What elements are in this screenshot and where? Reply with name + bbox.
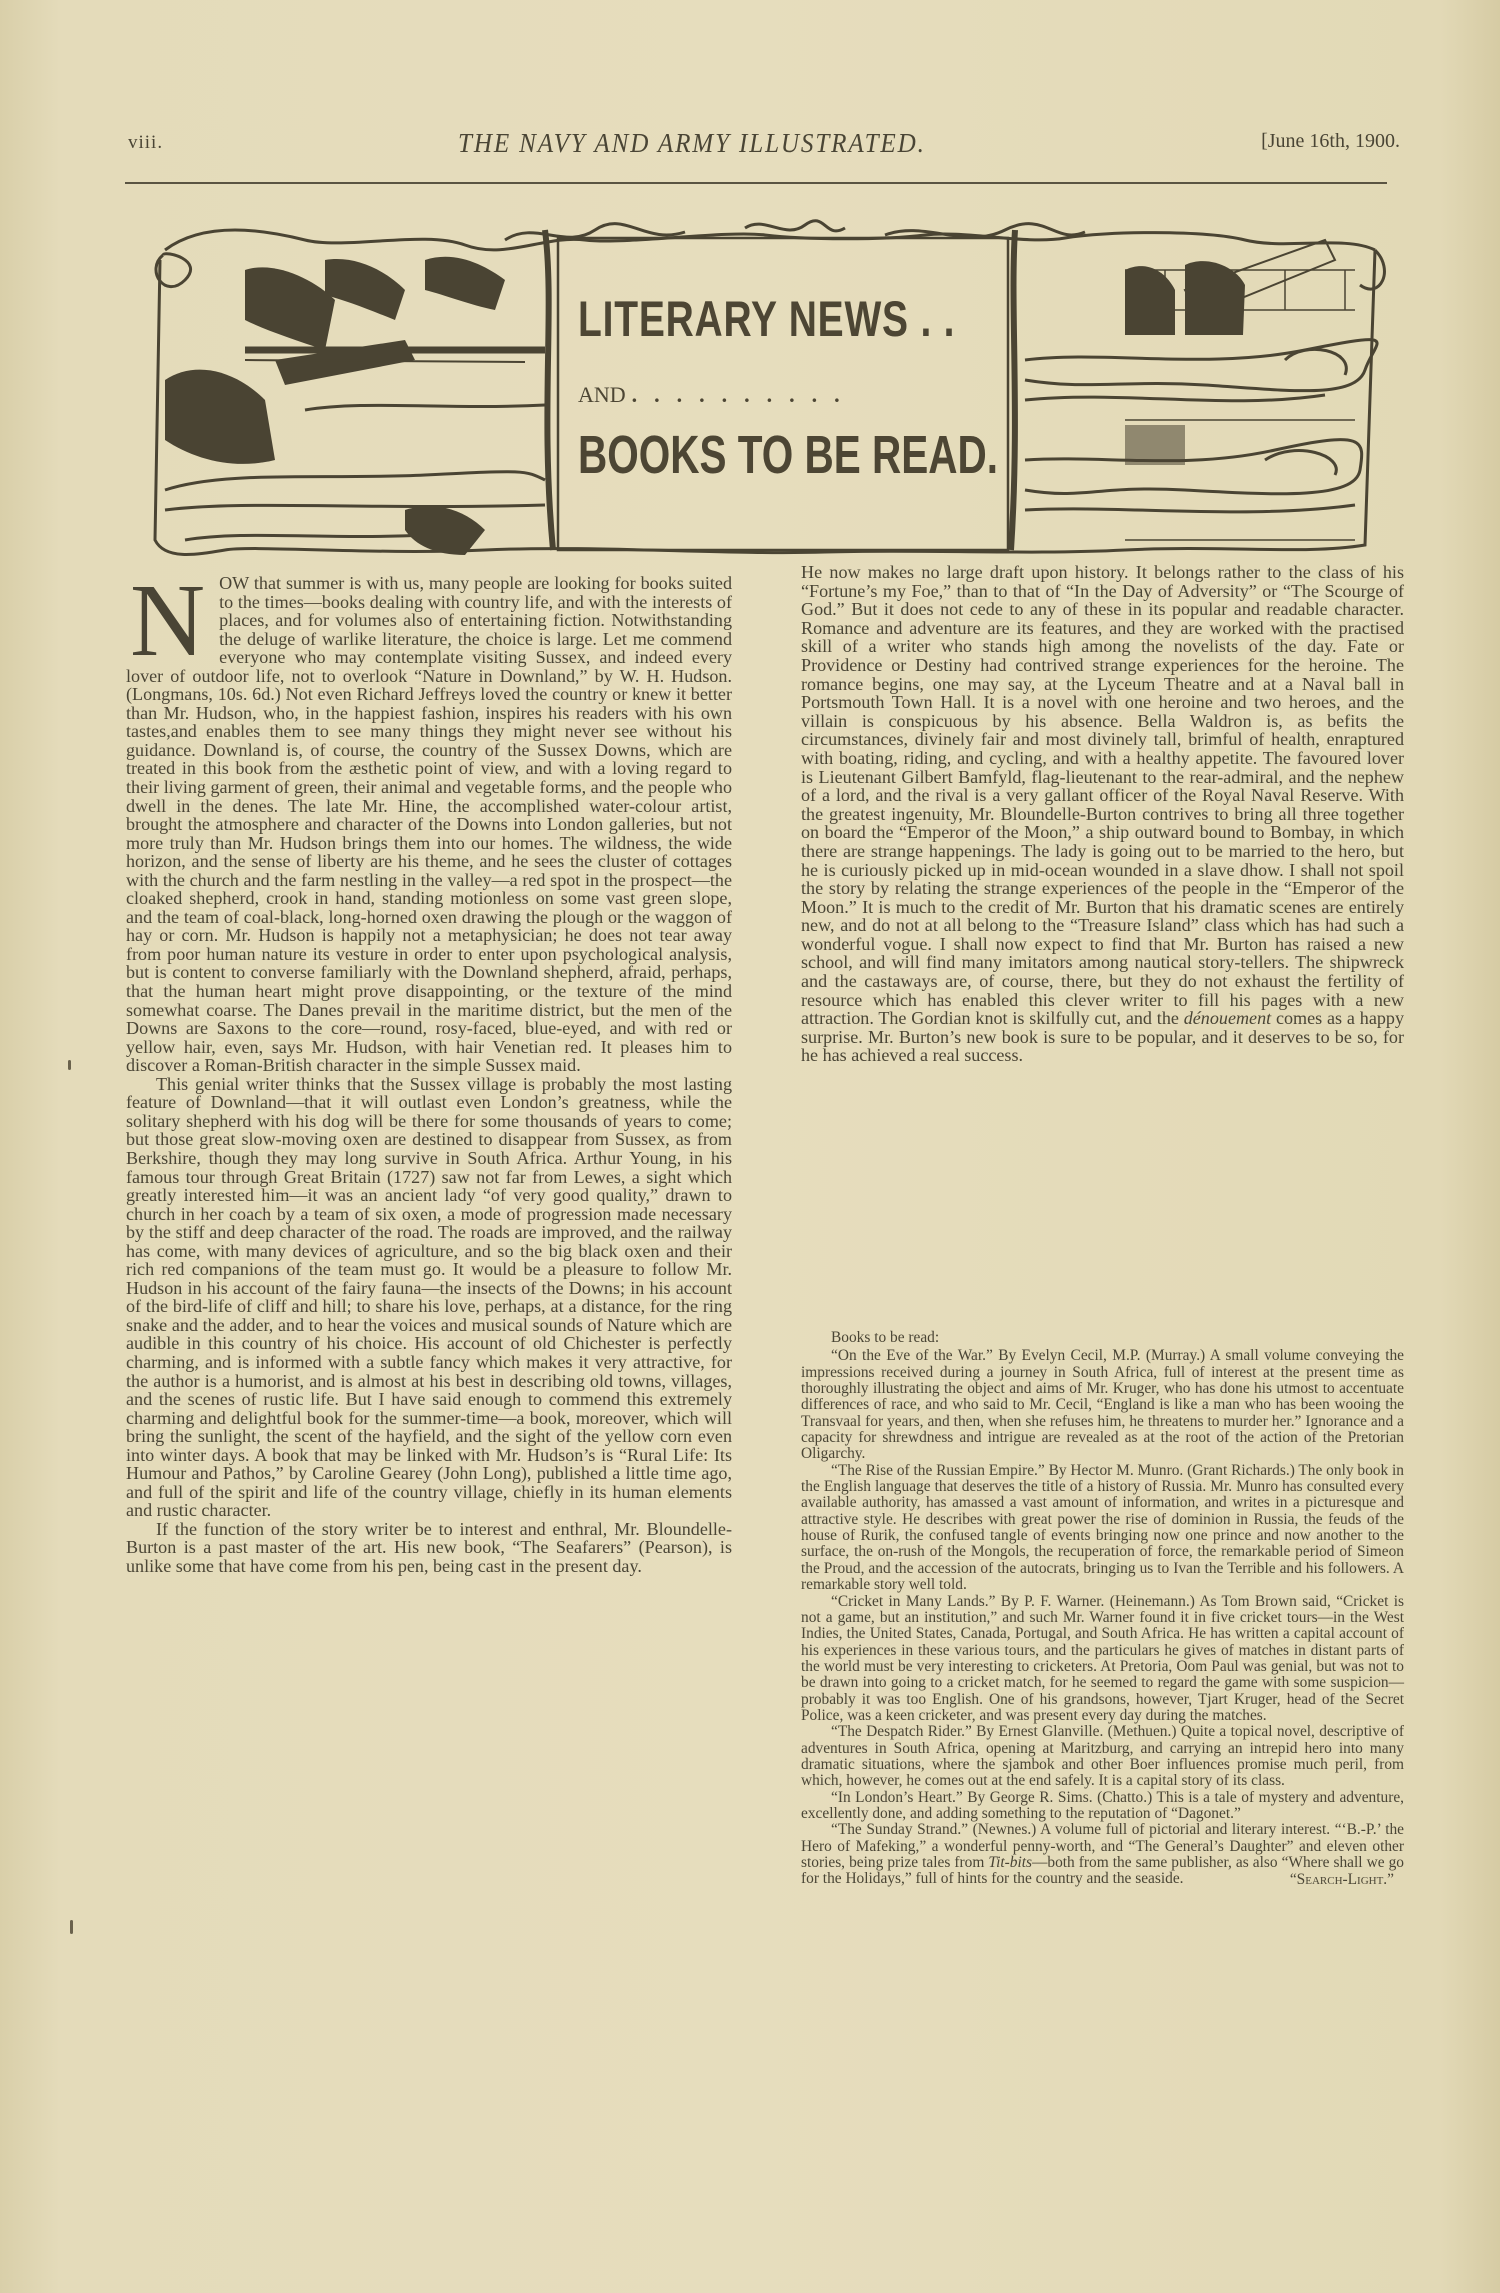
banner-title-books-to-be-read: BOOKS TO BE READ. xyxy=(578,424,998,486)
review-item: “On the Eve of the War.” By Evelyn Cecil… xyxy=(801,1348,1404,1462)
review-item: “In London’s Heart.” By George R. Sims. … xyxy=(801,1790,1404,1823)
paragraph-4: He now makes no large draft upon history… xyxy=(801,563,1404,1065)
paragraph-text: OW that summer is with us, many people a… xyxy=(126,573,732,1075)
paragraph-3: If the function of the story writer be t… xyxy=(126,1520,732,1576)
article-right-column: He now makes no large draft upon history… xyxy=(801,563,1404,1065)
page-number: viii. xyxy=(128,132,163,154)
books-heading: Books to be read: xyxy=(801,1330,1404,1346)
italic-title: Tit-bits xyxy=(988,1854,1032,1871)
paragraph-2: This genial writer thinks that the Susse… xyxy=(126,1075,732,1520)
print-speck xyxy=(68,1060,71,1070)
magazine-page: viii. THE NAVY AND ARMY ILLUSTRATED. [Ju… xyxy=(0,0,1500,2293)
article-left-column: NOW that summer is with us, many people … xyxy=(126,574,732,1576)
banner-title-and: AND.......... xyxy=(578,382,857,408)
review-item: “The Despatch Rider.” By Ernest Glanvill… xyxy=(801,1724,1404,1789)
section-banner: LITERARY NEWS . . AND.......... BOOKS TO… xyxy=(125,210,1395,568)
banner-title-literary-news: LITERARY NEWS . . xyxy=(578,290,955,348)
paragraph-text: He now makes no large draft upon history… xyxy=(801,562,1404,1028)
banner-title-panel: LITERARY NEWS . . AND.......... BOOKS TO… xyxy=(558,226,998,546)
print-speck xyxy=(70,1920,73,1934)
running-header: viii. THE NAVY AND ARMY ILLUSTRATED. [Ju… xyxy=(128,128,1400,160)
paragraph-1: NOW that summer is with us, many people … xyxy=(126,574,732,1075)
and-label: AND xyxy=(578,382,626,407)
header-rule xyxy=(125,182,1387,184)
issue-date: [June 16th, 1900. xyxy=(1261,130,1400,153)
drop-cap: N xyxy=(130,580,205,662)
review-item: “The Rise of the Russian Empire.” By Hec… xyxy=(801,1463,1404,1594)
books-to-be-read-list: Books to be read: “On the Eve of the War… xyxy=(801,1330,1404,1888)
publication-title: THE NAVY AND ARMY ILLUSTRATED. xyxy=(458,128,926,159)
review-item: “Cricket in Many Lands.” By P. F. Warner… xyxy=(801,1594,1404,1725)
leader-dots: .......... xyxy=(632,382,857,407)
italic-term: dénouement xyxy=(1184,1008,1271,1028)
